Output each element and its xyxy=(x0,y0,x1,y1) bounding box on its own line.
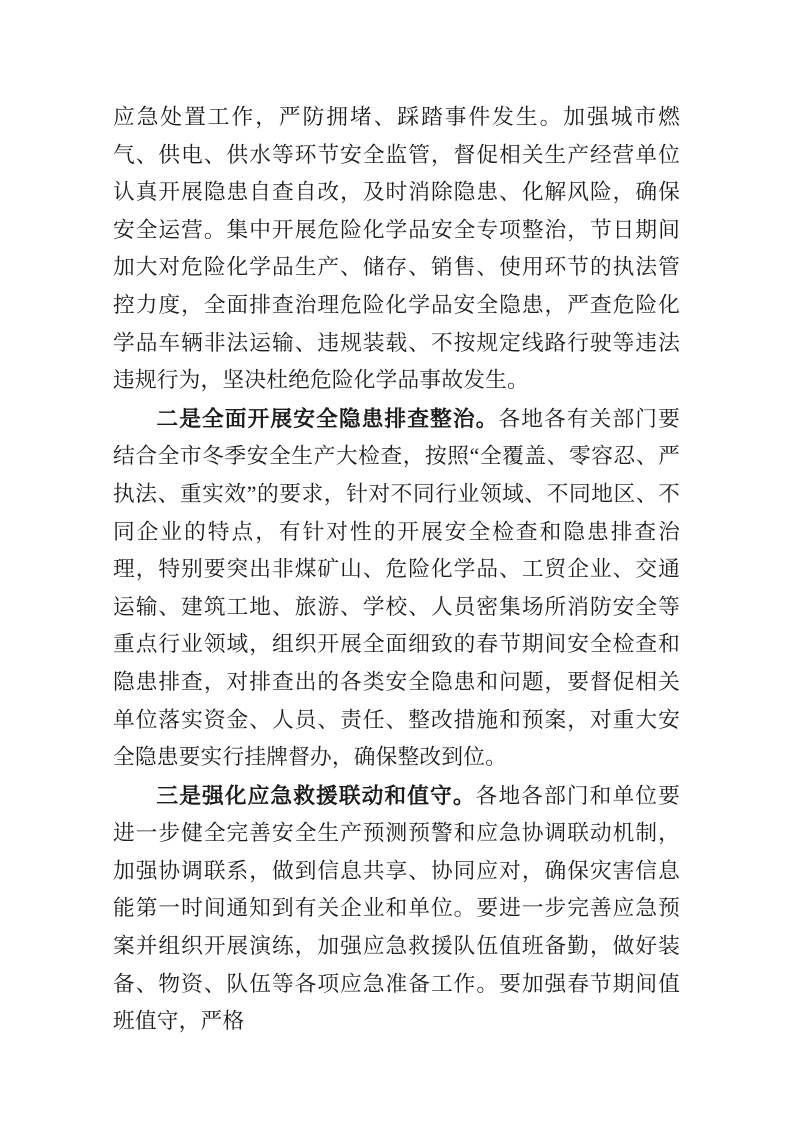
paragraph: 二是全面开展安全隐患排查整治。各地各有关部门要结合全市冬季安全生产大检查，按照“… xyxy=(113,400,680,777)
paragraph-text: 各地各有关部门要结合全市冬季安全生产大检查，按照“全覆盖、零容忍、严执法、重实效… xyxy=(113,407,680,769)
paragraph-lead: 三是强化应急救援联动和值守。 xyxy=(156,783,475,808)
document-page: 应急处置工作，严防拥堵、踩踏事件发生。加强城市燃气、供电、供水等环节安全监管，督… xyxy=(0,0,793,1122)
paragraph-lead: 二是全面开展安全隐患排查整治。 xyxy=(156,406,498,431)
document-body: 应急处置工作，严防拥堵、踩踏事件发生。加强城市燃气、供电、供水等环节安全监管，督… xyxy=(113,99,680,1041)
paragraph: 应急处置工作，严防拥堵、踩踏事件发生。加强城市燃气、供电、供水等环节安全监管，督… xyxy=(113,99,680,400)
paragraph-text: 应急处置工作，严防拥堵、踩踏事件发生。加强城市燃气、供电、供水等环节安全监管，督… xyxy=(113,105,680,392)
paragraph-text: 各地各部门和单位要进一步健全完善安全生产预测预警和应急协调联动机制，加强协调联系… xyxy=(113,784,680,1034)
paragraph: 三是强化应急救援联动和值守。各地各部门和单位要进一步健全完善安全生产预测预警和应… xyxy=(113,777,680,1041)
